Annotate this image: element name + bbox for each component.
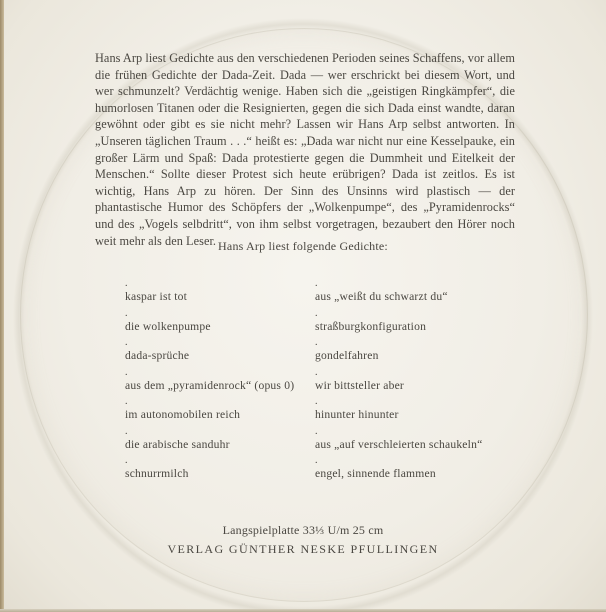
poem-title: dada-sprüche	[125, 349, 189, 362]
poem-title: hinunter hinunter	[315, 408, 399, 421]
bullet-dot: .	[315, 280, 318, 288]
poem-title: aus „auf verschleierten schaukeln“	[315, 438, 482, 451]
poem-title: engel, sinnende flammen	[315, 467, 436, 480]
bullet-dot: .	[125, 428, 128, 436]
bullet-dot: .	[315, 428, 318, 436]
poem-title: gondelfahren	[315, 349, 379, 362]
bullet-dot: .	[125, 369, 128, 377]
bullet-dot: .	[315, 457, 318, 465]
poem-title: straßburgkonfiguration	[315, 320, 426, 333]
poem-title: die wolkenpumpe	[125, 320, 211, 333]
poem-title: die arabische sanduhr	[125, 438, 230, 451]
poem-title: wir bittsteller aber	[315, 379, 404, 392]
poem-title: im autonomobilen reich	[125, 408, 240, 421]
record-format: Langspielplatte 33⅓ U/m 25 cm	[0, 523, 606, 538]
poem-title: aus dem „pyramidenrock“ (opus 0)	[125, 379, 294, 392]
bullet-dot: .	[125, 398, 128, 406]
poem-title: kaspar ist tot	[125, 290, 187, 303]
publisher-name: VERLAG GÜNTHER NESKE PFULLINGEN	[0, 542, 606, 557]
intro-paragraph: Hans Arp liest Gedichte aus den verschie…	[95, 50, 515, 249]
bullet-dot: .	[125, 339, 128, 347]
sleeve-left-edge	[0, 0, 4, 612]
bullet-dot: .	[315, 339, 318, 347]
bullet-dot: .	[125, 457, 128, 465]
bullet-dot: .	[315, 310, 318, 318]
bullet-dot: .	[125, 280, 128, 288]
poem-list-heading: Hans Arp liest folgende Gedichte:	[0, 239, 606, 254]
poem-title: schnurrmilch	[125, 467, 189, 480]
poem-title: aus „weißt du schwarzt du“	[315, 290, 448, 303]
intro-text: Hans Arp liest Gedichte aus den verschie…	[95, 50, 515, 249]
bullet-dot: .	[315, 398, 318, 406]
bullet-dot: .	[125, 310, 128, 318]
bullet-dot: .	[315, 369, 318, 377]
